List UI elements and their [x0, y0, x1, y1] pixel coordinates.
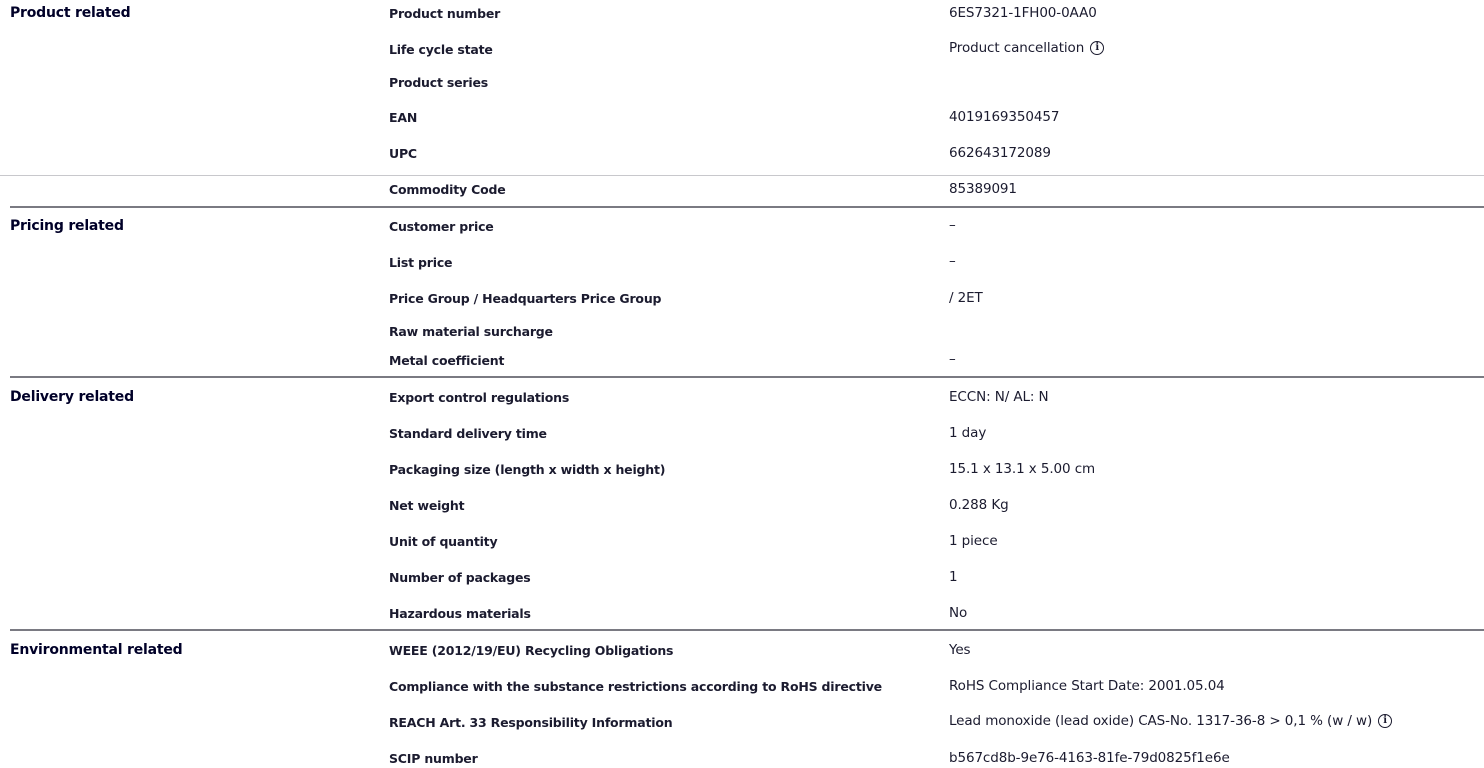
price-group-value: / 2ET [949, 290, 983, 306]
row-value-rohs: RoHS Compliance Start Date: 2001.05.04 [949, 678, 1225, 694]
product-data-table: Product related Product number 6ES7321-1… [0, 0, 1484, 768]
row-value-product-number: 6ES7321-1FH00-0AA0 [949, 5, 1097, 21]
row-value-ean: 4019169350457 [949, 109, 1059, 125]
row-label-life-cycle-state: Life cycle state [389, 42, 493, 57]
row-label-list-price: List price [389, 255, 452, 270]
row-label-product-series: Product series [389, 75, 488, 90]
row-value-life-cycle-state: Product cancellation i [949, 40, 1104, 56]
row-label-upc: UPC [389, 146, 417, 161]
section-divider [10, 629, 1484, 631]
row-label-customer-price: Customer price [389, 219, 494, 234]
row-value-list-price: – [949, 253, 956, 269]
list-price-value: – [949, 253, 956, 269]
row-label-packaging-size: Packaging size (length x width x height) [389, 462, 665, 477]
number-of-packages-value: 1 [949, 569, 958, 585]
row-value-export-control: ECCN: N/ AL: N [949, 389, 1049, 405]
row-value-weee: Yes [949, 642, 971, 658]
product-number-value: 6ES7321-1FH00-0AA0 [949, 5, 1097, 21]
upc-value: 662643172089 [949, 145, 1051, 161]
life-cycle-state-value: Product cancellation [949, 40, 1084, 56]
row-value-standard-delivery-time: 1 day [949, 425, 986, 441]
hazardous-materials-value: No [949, 605, 967, 621]
row-value-hazardous-materials: No [949, 605, 967, 621]
row-label-net-weight: Net weight [389, 498, 464, 513]
packaging-size-value: 15.1 x 13.1 x 5.00 cm [949, 461, 1095, 477]
row-label-scip-number: SCIP number [389, 751, 478, 766]
row-value-customer-price: – [949, 217, 956, 233]
section-title-environmental: Environmental related [10, 642, 182, 658]
weee-value: Yes [949, 642, 971, 658]
row-value-price-group: / 2ET [949, 290, 983, 306]
info-icon[interactable]: i [1090, 41, 1104, 55]
row-label-metal-coefficient: Metal coefficient [389, 353, 504, 368]
row-value-number-of-packages: 1 [949, 569, 958, 585]
row-label-raw-material-surcharge: Raw material surcharge [389, 324, 553, 339]
row-label-unit-of-quantity: Unit of quantity [389, 534, 497, 549]
row-value-metal-coefficient: – [949, 351, 956, 367]
info-icon[interactable]: i [1378, 714, 1392, 728]
export-control-value: ECCN: N/ AL: N [949, 389, 1049, 405]
ean-value: 4019169350457 [949, 109, 1059, 125]
row-value-packaging-size: 15.1 x 13.1 x 5.00 cm [949, 461, 1095, 477]
net-weight-value: 0.288 Kg [949, 497, 1009, 513]
row-value-net-weight: 0.288 Kg [949, 497, 1009, 513]
section-divider [10, 206, 1484, 208]
row-label-ean: EAN [389, 110, 417, 125]
row-divider [0, 175, 1484, 176]
row-label-weee: WEEE (2012/19/EU) Recycling Obligations [389, 643, 673, 658]
row-value-upc: 662643172089 [949, 145, 1051, 161]
row-label-rohs: Compliance with the substance restrictio… [389, 679, 882, 694]
commodity-code-value: 85389091 [949, 181, 1017, 197]
row-value-scip-number: b567cd8b-9e76-4163-81fe-79d0825f1e6e [949, 750, 1230, 766]
unit-of-quantity-value: 1 piece [949, 533, 998, 549]
section-divider [10, 376, 1484, 378]
reach-value: Lead monoxide (lead oxide) CAS-No. 1317-… [949, 713, 1372, 729]
row-label-export-control: Export control regulations [389, 390, 569, 405]
customer-price-value: – [949, 217, 956, 233]
standard-delivery-time-value: 1 day [949, 425, 986, 441]
row-value-unit-of-quantity: 1 piece [949, 533, 998, 549]
section-title-delivery: Delivery related [10, 389, 134, 405]
metal-coefficient-value: – [949, 351, 956, 367]
scip-number-value: b567cd8b-9e76-4163-81fe-79d0825f1e6e [949, 750, 1230, 766]
row-label-hazardous-materials: Hazardous materials [389, 606, 531, 621]
row-label-price-group: Price Group / Headquarters Price Group [389, 291, 661, 306]
row-label-commodity-code: Commodity Code [389, 182, 506, 197]
row-label-standard-delivery-time: Standard delivery time [389, 426, 547, 441]
row-value-commodity-code: 85389091 [949, 181, 1017, 197]
row-label-reach: REACH Art. 33 Responsibility Information [389, 715, 672, 730]
row-label-number-of-packages: Number of packages [389, 570, 531, 585]
row-label-product-number: Product number [389, 6, 500, 21]
section-title-product: Product related [10, 5, 131, 21]
row-value-reach: Lead monoxide (lead oxide) CAS-No. 1317-… [949, 713, 1392, 729]
rohs-value: RoHS Compliance Start Date: 2001.05.04 [949, 678, 1225, 694]
section-title-pricing: Pricing related [10, 218, 124, 234]
